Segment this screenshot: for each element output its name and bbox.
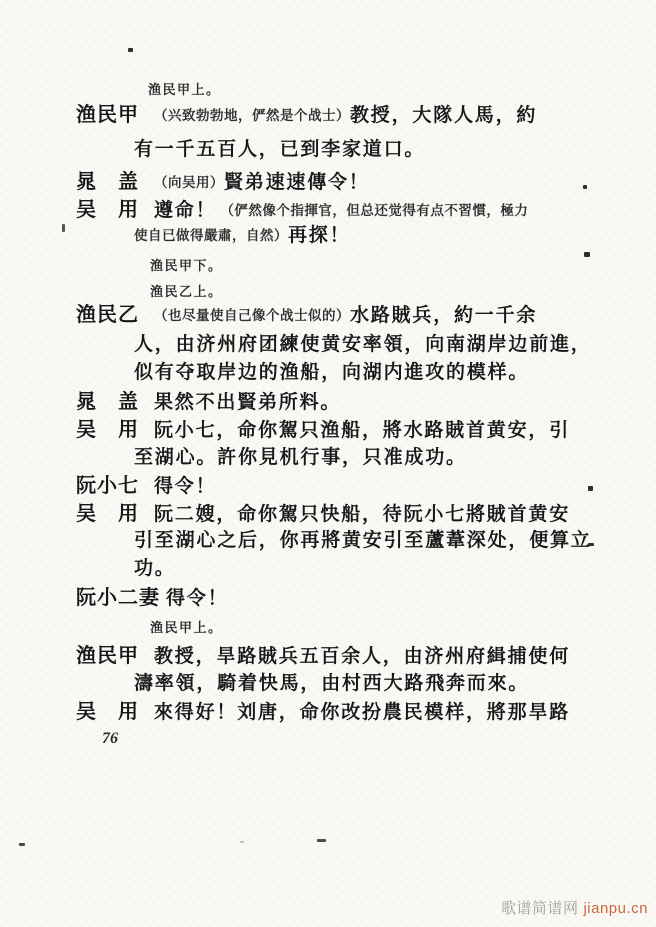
dialogue-line: 渔民甲（兴致勃勃地，俨然是个战士）教授，大隊人馬，約	[76, 103, 537, 129]
parenthetical-text: （向吴用）	[154, 175, 224, 190]
speech-text: 引至湖心之后，你再將黄安引至蘆葦深处，便算立	[134, 530, 592, 551]
speech-text: 賢弟速速傳令！	[224, 172, 370, 193]
speech-text: 教授，旱路賊兵五百余人，由济州府緝捕使何	[154, 646, 570, 667]
dialogue-line: 吴 用阮二嫂，命你駕只快船，待阮小七將賊首黄安	[76, 502, 570, 528]
speech-text: 功。	[134, 558, 176, 579]
dialogue-continuation: 功。	[134, 557, 176, 582]
speech-text: 有一千五百人，已到李家道口。	[134, 139, 425, 160]
dialogue-continuation: 有一千五百人，已到李家道口。	[134, 138, 425, 163]
stage-direction: 渔民甲下。	[150, 254, 223, 278]
speaker-name: 晁 盖	[76, 390, 148, 414]
speech-text: 似有夺取岸边的渔船，向湖内進攻的模样。	[134, 362, 529, 383]
scan-speck	[588, 486, 593, 491]
page-number: 76	[102, 730, 118, 748]
scan-speck	[583, 185, 587, 189]
watermark: 歌谱简谱网jianpu.cn	[501, 897, 648, 918]
speech-text: 得令！	[166, 588, 228, 609]
speech-text: 得令！	[154, 476, 216, 497]
speech-text: 再探！	[288, 225, 350, 246]
speech-text: 來得好！刘唐，命你改扮農民模样，將那旱路	[154, 702, 570, 723]
speaker-name: 渔民甲	[76, 644, 148, 668]
speech-text: 果然不出賢弟所料。	[154, 392, 341, 413]
dialogue-continuation: 引至湖心之后，你再將黄安引至蘆葦深处，便算立	[134, 529, 592, 554]
speaker-name: 阮小七	[76, 474, 148, 498]
dialogue-continuation: 濤率領，騎着快馬，由村西大路飛奔而來。	[134, 672, 529, 697]
speech-text: 阮小七，命你駕只渔船，將水路賊首黄安，引	[154, 420, 570, 441]
scanned-script-page: 渔民甲上。 渔民甲（兴致勃勃地，俨然是个战士）教授，大隊人馬，約 有一千五百人，…	[0, 0, 656, 927]
speech-text: 人，由济州府团練使黄安率領，向南湖岸边前進，	[134, 334, 592, 355]
parenthetical-text: 使自已做得嚴肅，自然）	[134, 228, 288, 243]
dialogue-line: 渔民甲教授，旱路賊兵五百余人，由济州府緝捕使何	[76, 644, 570, 670]
scan-speck	[19, 843, 25, 846]
scan-speck	[240, 841, 244, 843]
speech-text: 阮二嫂，命你駕只快船，待阮小七將賊首黄安	[154, 504, 570, 525]
speech-text: 水路賊兵，約一千余	[350, 305, 537, 326]
scan-speck	[584, 252, 590, 257]
dialogue-continuation: 似有夺取岸边的渔船，向湖内進攻的模样。	[134, 361, 529, 386]
parenthetical-text: （俨然像个指揮官，但总还觉得有点不習慣，極力	[220, 203, 528, 218]
stage-direction: 渔民甲上。	[148, 78, 221, 102]
speaker-name: 阮小二妻	[76, 586, 160, 610]
speech-text: 教授，大隊人馬，約	[350, 105, 537, 126]
dialogue-line: 吴 用阮小七，命你駕只渔船，將水路賊首黄安，引	[76, 418, 570, 444]
stage-direction: 渔民甲上。	[150, 616, 223, 640]
speaker-name: 吴 用	[76, 700, 148, 724]
dialogue-line: 吴 用遵命！ （俨然像个指揮官，但总还觉得有点不習慣，極力	[76, 198, 528, 224]
watermark-site-name: 歌谱简谱网	[501, 900, 579, 917]
scan-speck	[317, 839, 326, 842]
dialogue-line: 晁 盖果然不出賢弟所料。	[76, 390, 341, 416]
speech-text: 遵命！	[154, 200, 216, 221]
speaker-name: 渔民甲	[76, 103, 148, 127]
watermark-domain: jianpu.cn	[583, 900, 648, 917]
stage-direction: 渔民乙上。	[150, 280, 223, 304]
parenthetical-text: （也尽量使自己像个战士似的）	[154, 308, 350, 323]
speaker-name: 吴 用	[76, 418, 148, 442]
dialogue-continuation: 人，由济州府团練使黄安率領，向南湖岸边前進，	[134, 333, 592, 358]
speaker-name: 渔民乙	[76, 303, 148, 327]
parenthetical-text: （兴致勃勃地，俨然是个战士）	[154, 108, 350, 123]
speech-text: 至湖心。許你見机行事，只准成功。	[134, 447, 467, 468]
dialogue-line: 阮小二妻得令！	[76, 586, 228, 612]
dialogue-line: 吴 用來得好！刘唐，命你改扮農民模样，將那旱路	[76, 700, 570, 726]
speech-text: 濤率領，騎着快馬，由村西大路飛奔而來。	[134, 673, 529, 694]
dialogue-continuation: 至湖心。許你見机行事，只准成功。	[134, 446, 467, 471]
dialogue-continuation: 使自已做得嚴肅，自然）再探！	[134, 224, 350, 249]
dialogue-line: 渔民乙（也尽量使自己像个战士似的）水路賊兵，約一千余	[76, 303, 537, 329]
speaker-name: 晁 盖	[76, 170, 148, 194]
dialogue-line: 晁 盖（向吴用）賢弟速速傳令！	[76, 170, 370, 196]
scan-speck	[62, 224, 65, 232]
scan-speck	[128, 48, 133, 52]
speaker-name: 吴 用	[76, 502, 148, 526]
dialogue-line: 阮小七得令！	[76, 474, 216, 500]
speaker-name: 吴 用	[76, 198, 148, 222]
